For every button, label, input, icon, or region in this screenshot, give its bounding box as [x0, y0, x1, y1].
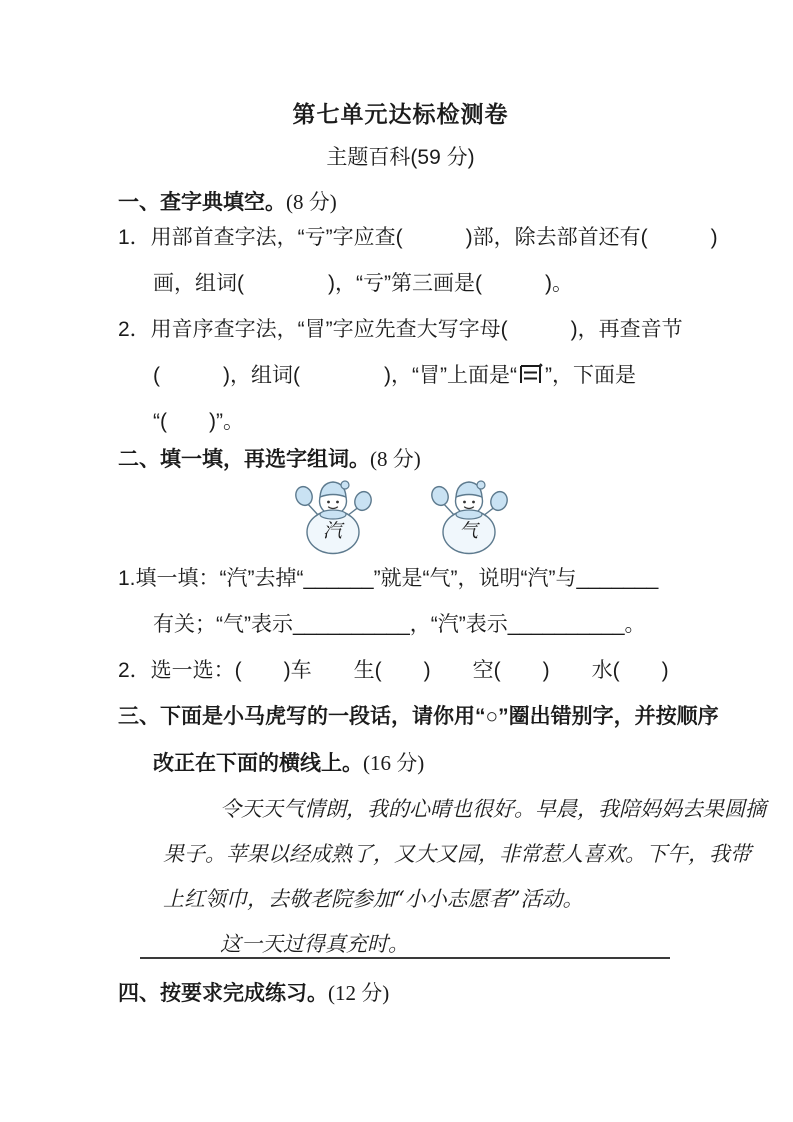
snowman-figure-qi-water: 汽 [289, 476, 377, 556]
section-three-score: (16 分) [363, 751, 424, 775]
section-four-heading-text: 四、按要求完成练习。 [118, 982, 328, 1005]
question-2-2-line: 2．选一选：( )车 生( ) 空( ) 水( ) [118, 648, 683, 694]
section-three-heading-line-1: 三、下面是小马虎写的一段话，请你用“○”圈出错别字，并按顺序 [118, 694, 683, 740]
section-two-heading-text: 二、填一填，再选字组词。 [118, 448, 370, 471]
snowman-figure-qi-air: 气 [425, 476, 513, 556]
question-1-2-line-2-before: ( )，组词( )，“冒”上面是“ [153, 364, 517, 387]
mao-top-component-icon [518, 363, 544, 385]
section-two-heading: 二、填一填，再选字组词。(8 分) [118, 447, 683, 472]
question-1-2-line-1: 2．用音序查字法，“冒”字应先查大写字母( )，再查音节 [118, 307, 683, 353]
snowman-drawing [425, 476, 513, 556]
section-three-heading-line-2: 改正在下面的横线上。(16 分) [153, 740, 683, 787]
section-two-score: (8 分) [370, 447, 421, 471]
passage-line: 令天天气情朗，我的心晴也很好。早晨，我陪妈妈去果圆摘 [163, 787, 683, 832]
question-2-1-line-2: 有关；“气”表示__________，“汽”表示__________。 [153, 602, 683, 648]
question-2-1-line-1: 1.填一填：“汽”去掉“______”就是“气”，说明“汽”与_______ [118, 556, 683, 602]
passage-line: 这一天过得真充时。 [163, 922, 683, 967]
question-1-2-line-3: “( )”。 [153, 399, 683, 445]
section-four-heading: 四、按要求完成练习。(12 分) [118, 981, 683, 1006]
passage-line: 果子。苹果以经成熟了，又大又园，非常惹人喜欢。下午，我带 [163, 832, 683, 877]
snowman-character-qi-water: 汽 [289, 520, 377, 542]
section-one-heading-text: 一、查字典填空。 [118, 191, 286, 214]
section-one-heading: 一、查字典填空。(8 分) [118, 190, 683, 215]
passage-line: 上红领巾，去敬老院参加“小小志愿者”活动。 [163, 877, 683, 922]
question-1-1-line-1: 1．用部首查字法，“亏”字应查( )部，除去部首还有( ) [118, 215, 683, 261]
section-three-heading-text: 改正在下面的横线上。 [153, 752, 363, 775]
question-1-1-line-2: 画，组词( )，“亏”第三画是( )。 [153, 261, 683, 307]
section-four-score: (12 分) [328, 981, 389, 1005]
snowmen-illustration: 汽 [118, 476, 683, 556]
exam-subtitle: 主题百科(59 分) [118, 146, 683, 170]
question-1-2-line-2: ( )，组词( )，“冒”上面是“”，下面是 [153, 353, 683, 399]
exam-title: 第七单元达标检测卷 [118, 0, 683, 128]
snowman-drawing [289, 476, 377, 556]
section-one-score: (8 分) [286, 190, 337, 214]
exam-paper-page: 第七单元达标检测卷 主题百科(59 分) 一、查字典填空。(8 分) 1．用部首… [0, 0, 793, 1122]
snowman-character-qi-air: 气 [425, 520, 513, 542]
question-1-2-line-2-after: ”，下面是 [545, 364, 636, 387]
error-correction-passage: 令天天气情朗，我的心晴也很好。早晨，我陪妈妈去果圆摘 果子。苹果以经成熟了，又大… [163, 787, 683, 967]
